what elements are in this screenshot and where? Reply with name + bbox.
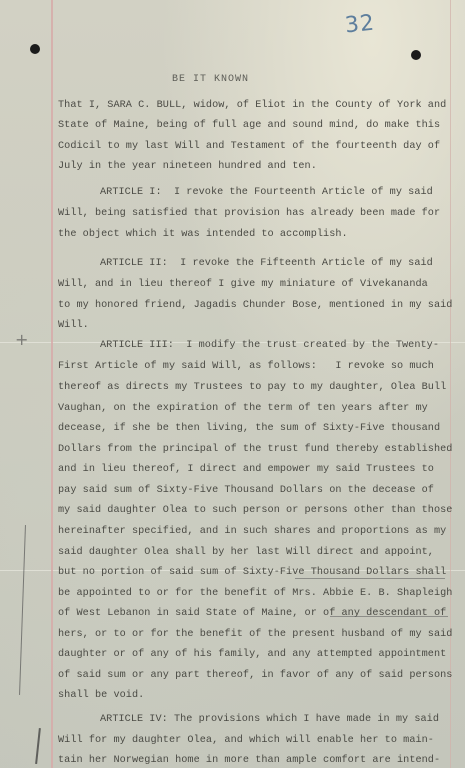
ink-margin-mark bbox=[35, 728, 40, 764]
pencil-underline bbox=[330, 616, 448, 617]
document-line: decease, if she be then living, the sum … bbox=[58, 423, 440, 434]
document-line: Will, and in lieu thereof I give my mini… bbox=[58, 279, 428, 290]
document-line: ARTICLE IV: The provisions which I have … bbox=[100, 714, 439, 725]
document-line: my said daughter Olea to such person or … bbox=[58, 505, 452, 516]
document-line: ARTICLE II: I revoke the Fifteenth Artic… bbox=[100, 258, 433, 269]
document-line: Dollars from the principal of the trust … bbox=[58, 444, 452, 455]
punch-hole-right bbox=[411, 50, 421, 60]
document-line: ARTICLE III: I modify the trust created … bbox=[100, 340, 439, 351]
document-line: Will. bbox=[58, 320, 89, 331]
document-line: Vaughan, on the expiration of the term o… bbox=[58, 403, 428, 414]
document-line: hers, or to or for the benefit of the pr… bbox=[58, 629, 452, 640]
document-line: ARTICLE I: I revoke the Fourteenth Artic… bbox=[100, 187, 433, 198]
document-line: First Article of my said Will, as follow… bbox=[58, 361, 434, 372]
document-line: pay said sum of Sixty-Five Thousand Doll… bbox=[58, 485, 434, 496]
document-page: 32 BE IT KNOWN That I, SARA C. BULL, wid… bbox=[0, 0, 465, 768]
document-line: but no portion of said sum of Sixty-Five… bbox=[58, 567, 446, 578]
punch-hole-left bbox=[30, 44, 40, 54]
document-line: July in the year nineteen hundred and te… bbox=[58, 161, 317, 172]
pencil-underline bbox=[295, 578, 445, 579]
document-line: the object which it was intended to acco… bbox=[58, 229, 348, 240]
document-line: daughter or of any of his family, and an… bbox=[58, 649, 446, 660]
document-line: Will, being satisfied that provision has… bbox=[58, 208, 440, 219]
left-margin-line bbox=[51, 0, 53, 768]
pencil-margin-line bbox=[19, 525, 26, 695]
document-heading: BE IT KNOWN bbox=[172, 74, 249, 85]
pencil-x-mark: + bbox=[15, 330, 28, 349]
document-line: hereinafter specified, and in such share… bbox=[58, 526, 446, 537]
document-line: of West Lebanon in said State of Maine, … bbox=[58, 608, 446, 619]
document-line: to my honored friend, Jagadis Chunder Bo… bbox=[58, 300, 452, 311]
document-line: of said sum or any part thereof, in favo… bbox=[58, 670, 452, 681]
document-line: That I, SARA C. BULL, widow, of Eliot in… bbox=[58, 100, 446, 111]
document-line: be appointed to or for the benefit of Mr… bbox=[58, 588, 452, 599]
document-line: thereof as directs my Trustees to pay to… bbox=[58, 382, 446, 393]
right-margin-line bbox=[450, 0, 451, 768]
document-line: tain her Norwegian home in more than amp… bbox=[58, 755, 440, 766]
handwritten-page-number: 32 bbox=[344, 11, 376, 39]
document-line: Will for my daughter Olea, and which wil… bbox=[58, 735, 434, 746]
document-line: said daughter Olea shall by her last Wil… bbox=[58, 547, 434, 558]
document-line: State of Maine, being of full age and so… bbox=[58, 120, 440, 131]
document-line: and in lieu thereof, I direct and empowe… bbox=[58, 464, 434, 475]
document-line: Codicil to my last Will and Testament of… bbox=[58, 141, 440, 152]
document-line: shall be void. bbox=[58, 690, 144, 701]
